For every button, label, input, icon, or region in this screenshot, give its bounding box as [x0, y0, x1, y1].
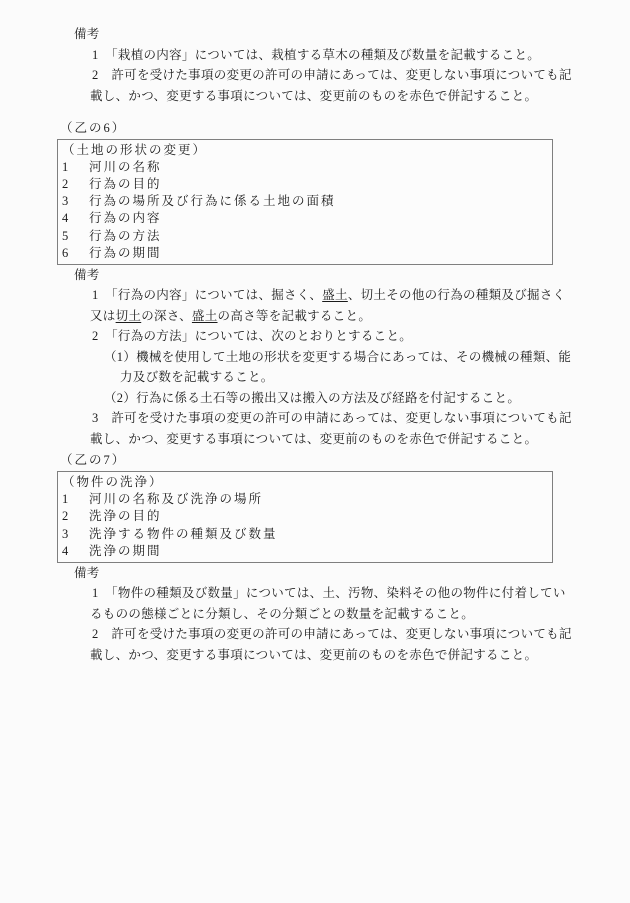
remarks-section-7: 備考 1 「物件の種類及び数量」については、土、汚物、染料その他の物件に付着して… — [0, 563, 630, 666]
box-item: 4行為の内容 — [58, 210, 552, 227]
document-page: 備考 1 「栽植の内容」については、栽植する草木の種類及び数量を記載すること。 … — [0, 0, 630, 903]
box-item-number: 3 — [62, 193, 89, 210]
remarks-7-item-2-line-2: 載し、かつ、変更する事項については、変更前のものを赤色で併記すること。 — [90, 645, 630, 666]
text-segment: 又は — [90, 309, 116, 323]
box-item: 5行為の方法 — [58, 228, 552, 245]
remarks-top-item-2-line-2: 載し、かつ、変更する事項については、変更前のものを赤色で併記すること。 — [90, 86, 630, 107]
remarks-section-6: 備考 1 「行為の内容」については、掘さく、盛土、切土その他の行為の種類及び掘さ… — [0, 265, 630, 450]
box-item-number: 1 — [62, 159, 89, 176]
box-item-number: 2 — [62, 508, 89, 525]
section-6-item-box: （土地の形状の変更） 1河川の名称 2行為の目的 3行為の場所及び行為に係る土地… — [57, 139, 553, 265]
box-item: 3洗浄する物件の種類及び数量 — [58, 526, 552, 543]
remarks-6-item-2-sub-2: （2）行為に係る土石等の搬出又は搬入の方法及び経路を付記すること。 — [104, 388, 630, 409]
remarks-top-item-2-line-1: 2 許可を受けた事項の変更の許可の申請にあっては、変更しない事項についても記 — [92, 65, 630, 86]
remarks-6-item-3-line-1: 3 許可を受けた事項の変更の許可の申請にあっては、変更しない事項についても記 — [92, 408, 630, 429]
underlined-term: 切土 — [116, 309, 142, 323]
box-item: 2行為の目的 — [58, 176, 552, 193]
remarks-7-label: 備考 — [74, 563, 630, 584]
text-segment: の深さ、 — [141, 309, 192, 323]
remarks-7-item-1-line-1: 1 「物件の種類及び数量」については、土、汚物、染料その他の物件に付着してい — [92, 583, 630, 604]
text-segment: 、切土その他の行為の種類及び掘さく — [348, 288, 566, 302]
box-item: 1河川の名称 — [58, 159, 552, 176]
box-item-number: 6 — [62, 245, 89, 262]
box-item-number: 1 — [62, 491, 89, 508]
remarks-6-label: 備考 — [74, 265, 630, 286]
remarks-6-item-1-line-1: 1 「行為の内容」については、掘さく、盛土、切土その他の行為の種類及び掘さく — [92, 285, 630, 306]
box-item: 1河川の名称及び洗浄の場所 — [58, 491, 552, 508]
box-item: 6行為の期間 — [58, 245, 552, 262]
remarks-6-item-2-sub-1-line-2: 力及び数を記載すること。 — [120, 367, 630, 388]
section-7-title: （乙の7） — [60, 450, 630, 471]
text-segment: 1 「行為の内容」については、掘さく、 — [92, 288, 322, 302]
underlined-term: 盛土 — [192, 309, 218, 323]
box-item-number: 4 — [62, 210, 89, 227]
box-item-text: 河川の名称 — [89, 160, 162, 174]
remarks-top-item-1: 1 「栽植の内容」については、栽植する草木の種類及び数量を記載すること。 — [92, 45, 630, 66]
remarks-top: 備考 1 「栽植の内容」については、栽植する草木の種類及び数量を記載すること。 … — [0, 24, 630, 106]
remarks-6-item-1-line-2: 又は切土の深さ、盛土の高さ等を記載すること。 — [90, 306, 630, 327]
section-6-title: （乙の6） — [60, 118, 630, 139]
box-item-text: 洗浄する物件の種類及び数量 — [89, 527, 278, 541]
remarks-6-item-2-sub-1-line-1: （1）機械を使用して土地の形状を変更する場合にあっては、その機械の種類、能 — [104, 347, 630, 368]
box-item-number: 3 — [62, 526, 89, 543]
box-item-text: 河川の名称及び洗浄の場所 — [89, 492, 263, 506]
remarks-6-item-2: 2 「行為の方法」については、次のとおりとすること。 — [92, 326, 630, 347]
box-item: 2洗浄の目的 — [58, 508, 552, 525]
remarks-6-item-3-line-2: 載し、かつ、変更する事項については、変更前のものを赤色で併記すること。 — [90, 429, 630, 450]
remarks-top-label: 備考 — [74, 24, 630, 45]
box-item-number: 2 — [62, 176, 89, 193]
box-item-number: 5 — [62, 228, 89, 245]
box-item: 3行為の場所及び行為に係る土地の面積 — [58, 193, 552, 210]
box-item-text: 洗浄の目的 — [89, 509, 162, 523]
remarks-7-item-1-line-2: るものの態様ごとに分類し、その分類ごとの数量を記載すること。 — [90, 604, 630, 625]
box-item-text: 行為の場所及び行為に係る土地の面積 — [89, 194, 336, 208]
underlined-term: 盛土 — [322, 288, 348, 302]
box-header: （物件の洗浄） — [58, 474, 552, 491]
box-item-text: 行為の方法 — [89, 229, 162, 243]
section-7-item-box: （物件の洗浄） 1河川の名称及び洗浄の場所 2洗浄の目的 3洗浄する物件の種類及… — [57, 471, 553, 563]
text-segment: の高さ等を記載すること。 — [218, 309, 372, 323]
box-item-text: 行為の期間 — [89, 246, 162, 260]
box-header: （土地の形状の変更） — [58, 142, 552, 159]
box-item-number: 4 — [62, 543, 89, 560]
box-item-text: 洗浄の期間 — [89, 544, 162, 558]
remarks-7-item-2-line-1: 2 許可を受けた事項の変更の許可の申請にあっては、変更しない事項についても記 — [92, 624, 630, 645]
box-item-text: 行為の内容 — [89, 211, 162, 225]
box-item: 4洗浄の期間 — [58, 543, 552, 560]
box-item-text: 行為の目的 — [89, 177, 162, 191]
